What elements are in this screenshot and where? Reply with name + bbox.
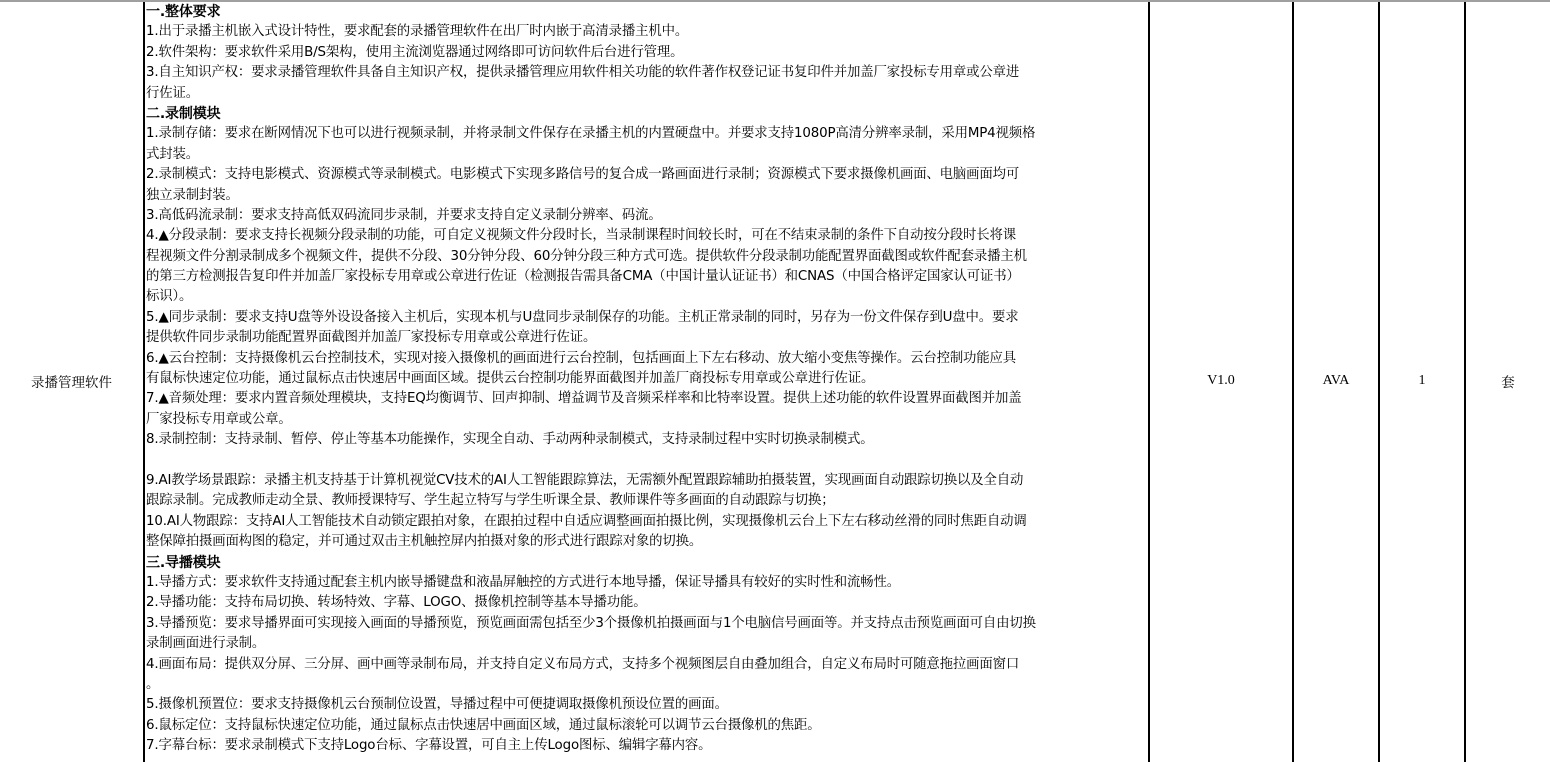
spec-line: 5.摄像机预置位：要求支持摄像机云台预制位设置，导播过程中可便捷调取摄像机预设位… [146,695,1148,715]
product-name-cell: 录播管理软件 [0,0,143,762]
spec-line: 2.导播功能：支持布局切换、转场特效、字幕、LOGO、摄像机控制等基本导播功能。 [146,593,1148,613]
spec-line: 8.录制控制：支持录制、暂停、停止等基本功能操作，实现全自动、手动两种录制模式，… [146,430,1148,450]
spec-line: 9.AI教学场景跟踪：录播主机支持基于计算机视觉CV技术的AI人工智能跟踪算法，… [146,471,1148,491]
spec-line: 跟踪录制。完成教师走动全景、教师授课特写、学生起立特写与学生听课全景、教师课件等… [146,491,1148,511]
spec-line: 6.▲云台控制：支持摄像机云台控制技术，实现对接入摄像机的画面进行云台控制，包括… [146,349,1148,369]
spec-line: 。 [146,675,1148,695]
spec-line: 标识）。 [146,287,1148,307]
spec-line: 10.AI人物跟踪：支持AI人工智能技术自动锁定跟拍对象，在跟拍过程中自适应调整… [146,512,1148,532]
spec-line: 1.出于录播主机嵌入式设计特性，要求配套的录播管理软件在出厂时内嵌于高清录播主机… [146,22,1148,42]
unit-cell: 套 [1466,0,1550,762]
spec-line: 录制画面进行录制。 [146,634,1148,654]
version-value: V1.0 [1207,373,1235,389]
spec-line: 1.录制存储：要求在断网情况下也可以进行视频录制，并将录制文件保存在录播主机的内… [146,124,1148,144]
spec-line: 4.▲分段录制：要求支持长视频分段录制的功能，可自定义视频文件分段时长，当录制课… [146,226,1148,246]
section-heading: 二.录制模块 [146,104,1148,124]
spec-line: 3.高低码流录制：要求支持高低双码流同步录制，并要求支持自定义录制分辨率、码流。 [146,206,1148,226]
spec-line: 有鼠标快速定位功能，通过鼠标点击快速居中画面区域。提供云台控制功能界面截图并加盖… [146,369,1148,389]
spec-line: 整保障拍摄画面构图的稳定，并可通过双击主机触控屏内拍摄对象的形式进行跟踪对象的切… [146,532,1148,552]
spec-line: 行佐证。 [146,84,1148,104]
spec-line: 2.录制模式：支持电影模式、资源模式等录制模式。电影模式下实现多路信号的复合成一… [146,165,1148,185]
spec-line: 1.导播方式：要求软件支持通过配套主机内嵌导播键盘和液晶屏触控的方式进行本地导播… [146,573,1148,593]
quantity-cell: 1 [1380,0,1464,762]
spec-line: 式封装。 [146,145,1148,165]
spec-line: 独立录制封装。 [146,186,1148,206]
spec-line: 7.▲音频处理：要求内置音频处理模块，支持EQ均衡调节、回声抑制、增益调节及音频… [146,389,1148,409]
spec-line: 5.▲同步录制：要求支持U盘等外设设备接入主机后，实现本机与U盘同步录制保存的功… [146,308,1148,328]
spec-requirements-cell: 一.整体要求1.出于录播主机嵌入式设计特性，要求配套的录播管理软件在出厂时内嵌于… [146,2,1148,756]
brand-cell: AVA [1294,0,1378,762]
spec-line: 3.导播预览：要求导播界面可实现接入画面的导播预览，预览画面需包括至少3个摄像机… [146,614,1148,634]
spec-line: 提供软件同步录制功能配置界面截图并加盖厂家投标专用章或公章进行佐证。 [146,328,1148,348]
spec-line: 厂家投标专用章或公章。 [146,410,1148,430]
spec-line: 6.鼠标定位：支持鼠标快速定位功能，通过鼠标点击快速居中画面区域，通过鼠标滚轮可… [146,716,1148,736]
column-divider [143,2,145,762]
section-heading: 三.导播模块 [146,553,1148,573]
brand-value: AVA [1323,373,1350,389]
quantity-value: 1 [1419,373,1426,389]
unit-value: 套 [1501,371,1515,391]
spec-line: 2.软件架构：要求软件采用B/S架构，使用主流浏览器通过网络即可访问软件后台进行… [146,43,1148,63]
spec-line: 3.自主知识产权：要求录播管理软件具备自主知识产权，提供录播管理应用软件相关功能… [146,63,1148,83]
spec-line: 的第三方检测报告复印件并加盖厂家投标专用章或公章进行佐证（检测报告需具备CMA（… [146,267,1148,287]
version-cell: V1.0 [1150,0,1292,762]
section-heading: 一.整体要求 [146,2,1148,22]
blank-line [146,451,1148,471]
spec-line: 程视频文件分割录制成多个视频文件，提供不分段、30分钟分段、60分钟分段三种方式… [146,247,1148,267]
spec-line: 4.画面布局：提供双分屏、三分屏、画中画等录制布局，并支持自定义布局方式，支持多… [146,655,1148,675]
spec-line: 7.字幕台标：要求录制模式下支持Logo台标、字幕设置，可自主上传Logo图标、… [146,736,1148,756]
product-name: 录播管理软件 [31,371,112,391]
